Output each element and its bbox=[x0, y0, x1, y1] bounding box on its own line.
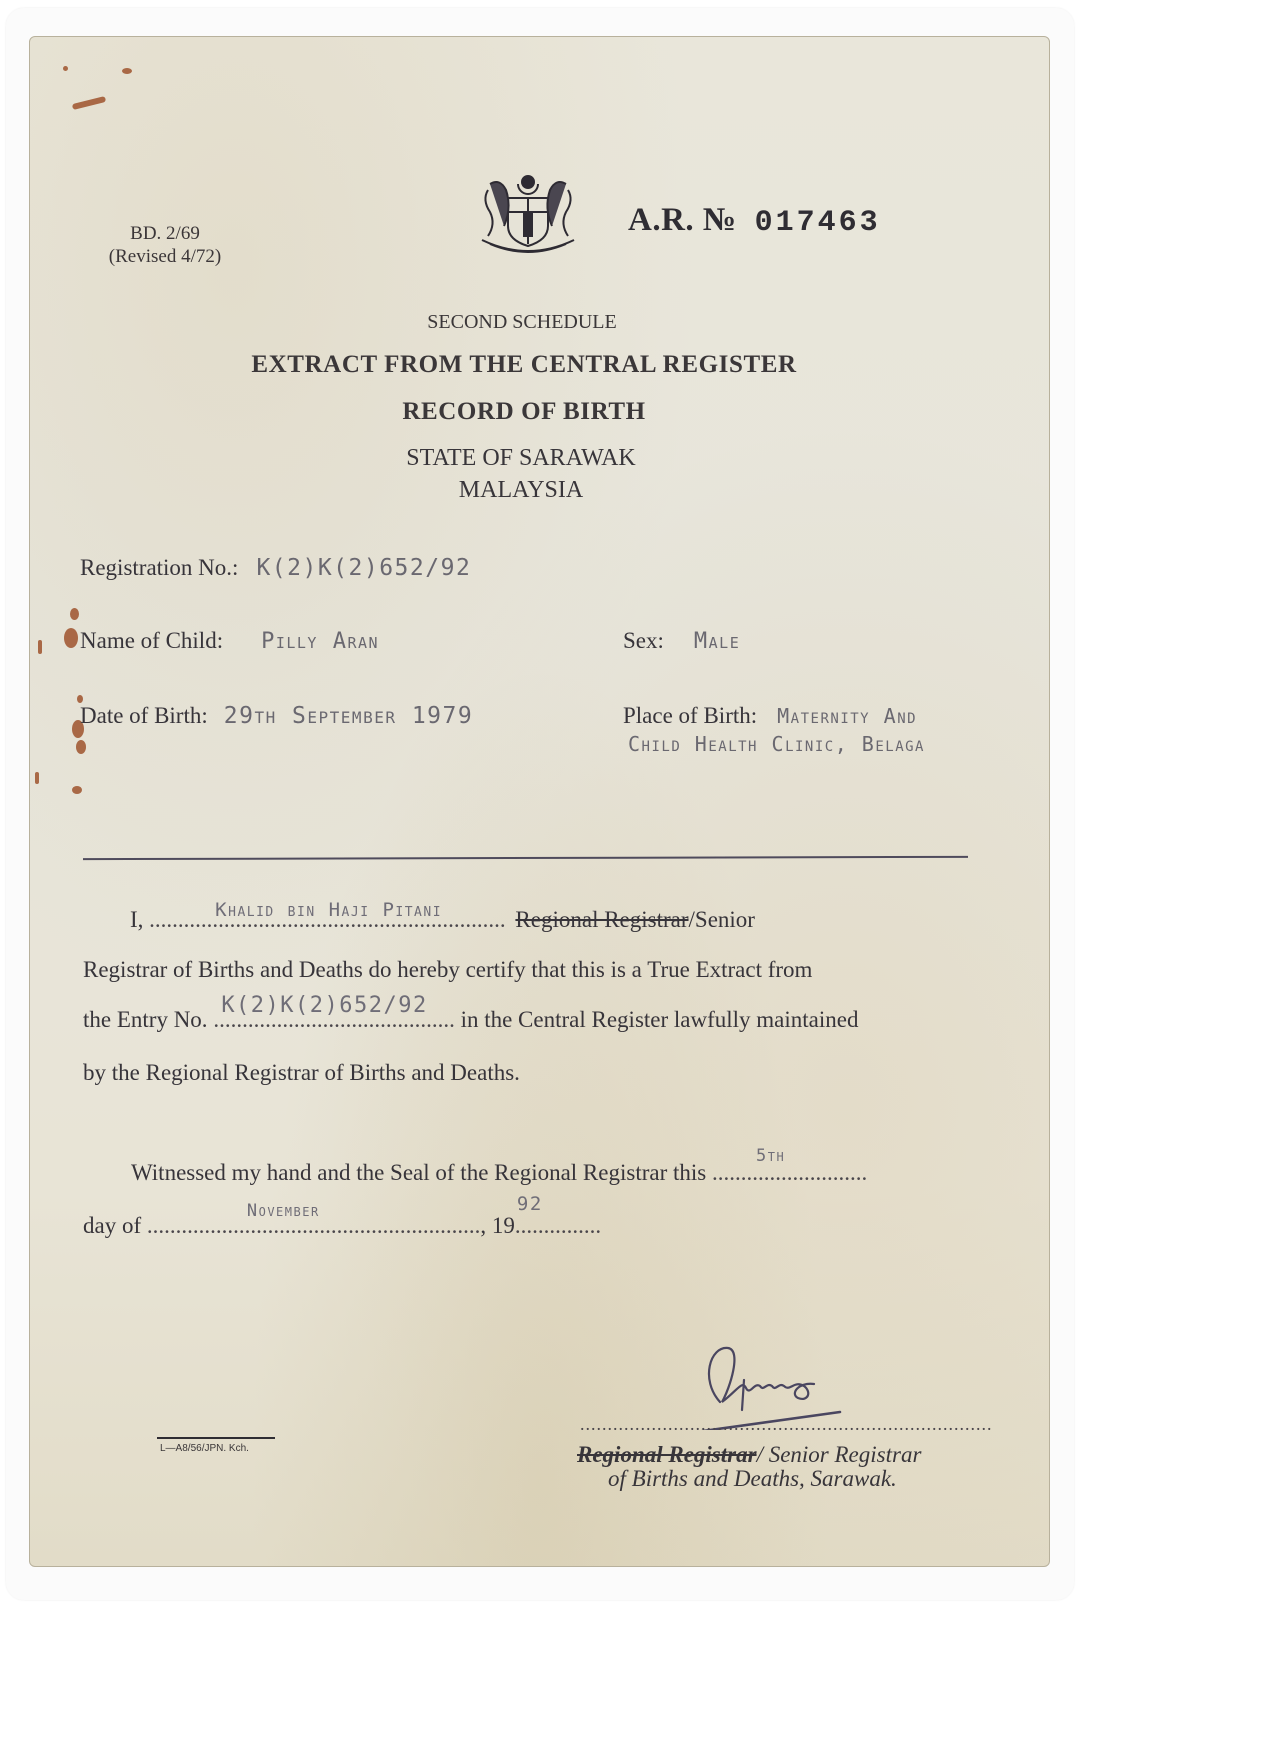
document-subtitle: RECORD OF BIRTH bbox=[402, 398, 645, 426]
certification-line-3: the Entry No. ..........................… bbox=[83, 1007, 858, 1033]
state-heading: STATE OF SARAWAK bbox=[406, 445, 636, 472]
day-of-label: day of bbox=[83, 1213, 141, 1238]
witness-year: 92 bbox=[517, 1193, 543, 1215]
signature-dotted-line: ........................................… bbox=[580, 1414, 993, 1435]
date-of-birth-field: Date of Birth: 29th September 1979 bbox=[80, 703, 473, 729]
signature-title-line-2: of Births and Deaths, Sarawak. bbox=[608, 1466, 897, 1492]
ar-label: A.R. № bbox=[628, 202, 737, 238]
entry-suffix: in the Central Register lawfully maintai… bbox=[461, 1007, 859, 1032]
signature-title-rest: / Senior Registrar bbox=[757, 1442, 922, 1467]
place-of-birth-label: Place of Birth: bbox=[623, 703, 757, 728]
certification-line-2: Registrar of Births and Deaths do hereby… bbox=[83, 957, 812, 983]
sex-field: Sex: Male bbox=[623, 628, 740, 654]
name-of-child-field: Name of Child: Pilly Aran bbox=[80, 628, 379, 654]
document-title: EXTRACT FROM THE CENTRAL REGISTER bbox=[251, 351, 796, 379]
name-of-child-label: Name of Child: bbox=[80, 628, 223, 653]
year-prefix: , 19 bbox=[480, 1213, 515, 1238]
role-suffix: /Senior bbox=[689, 907, 755, 932]
form-revision: (Revised 4/72) bbox=[75, 245, 255, 268]
schedule-heading: SECOND SCHEDULE bbox=[427, 311, 616, 334]
form-code-block: BD. 2/69 (Revised 4/72) bbox=[75, 222, 255, 268]
printer-code: L—A8/56/JPN. Kch. bbox=[160, 1443, 249, 1454]
entry-no-value: K(2)K(2)652/92 bbox=[221, 993, 427, 1018]
country-heading: MALAYSIA bbox=[459, 477, 583, 504]
place-of-birth-value-line1: Maternity And bbox=[777, 704, 917, 728]
ar-number-block: A.R. № 017463 bbox=[628, 202, 881, 240]
printer-code-rule bbox=[157, 1437, 275, 1439]
cert-prefix: I, bbox=[130, 907, 143, 932]
registration-no-value: K(2)K(2)652/92 bbox=[256, 555, 471, 581]
ar-number: 017463 bbox=[755, 206, 881, 240]
certification-line-1: I, ........Khalid bin Haji Pitani.......… bbox=[130, 907, 755, 933]
sex-value: Male bbox=[694, 629, 740, 654]
place-of-birth-field: Place of Birth: Maternity And bbox=[623, 703, 917, 729]
witness-text: Witnessed my hand and the Seal of the Re… bbox=[131, 1160, 706, 1185]
place-of-birth-value-line2: Child Health Clinic, Belaga bbox=[628, 732, 925, 756]
malaysia-coat-of-arms-icon bbox=[474, 170, 582, 262]
witness-line-1: Witnessed my hand and the Seal of the Re… bbox=[131, 1160, 867, 1186]
witness-line-2: day of .................................… bbox=[83, 1213, 601, 1239]
date-of-birth-value: 29th September 1979 bbox=[224, 703, 473, 729]
signature-title-struck: Regional Registrar bbox=[577, 1442, 757, 1467]
registration-no-field: Registration No.: K(2)K(2)652/92 bbox=[80, 555, 471, 581]
signature-title-line-1: Regional Registrar/ Senior Registrar bbox=[577, 1442, 921, 1468]
form-code: BD. 2/69 bbox=[75, 222, 255, 245]
entry-prefix: the Entry No. bbox=[83, 1007, 208, 1032]
sex-label: Sex: bbox=[623, 628, 664, 653]
registrar-name: Khalid bin Haji Pitani bbox=[215, 899, 442, 921]
registration-no-label: Registration No.: bbox=[80, 555, 238, 580]
witness-day: 5th bbox=[756, 1146, 785, 1166]
witness-month: November bbox=[247, 1201, 320, 1221]
role-struck: Regional Registrar bbox=[515, 907, 688, 932]
name-of-child-value: Pilly Aran bbox=[261, 629, 379, 654]
date-of-birth-label: Date of Birth: bbox=[80, 703, 208, 728]
certification-line-4: by the Regional Registrar of Births and … bbox=[83, 1060, 520, 1086]
